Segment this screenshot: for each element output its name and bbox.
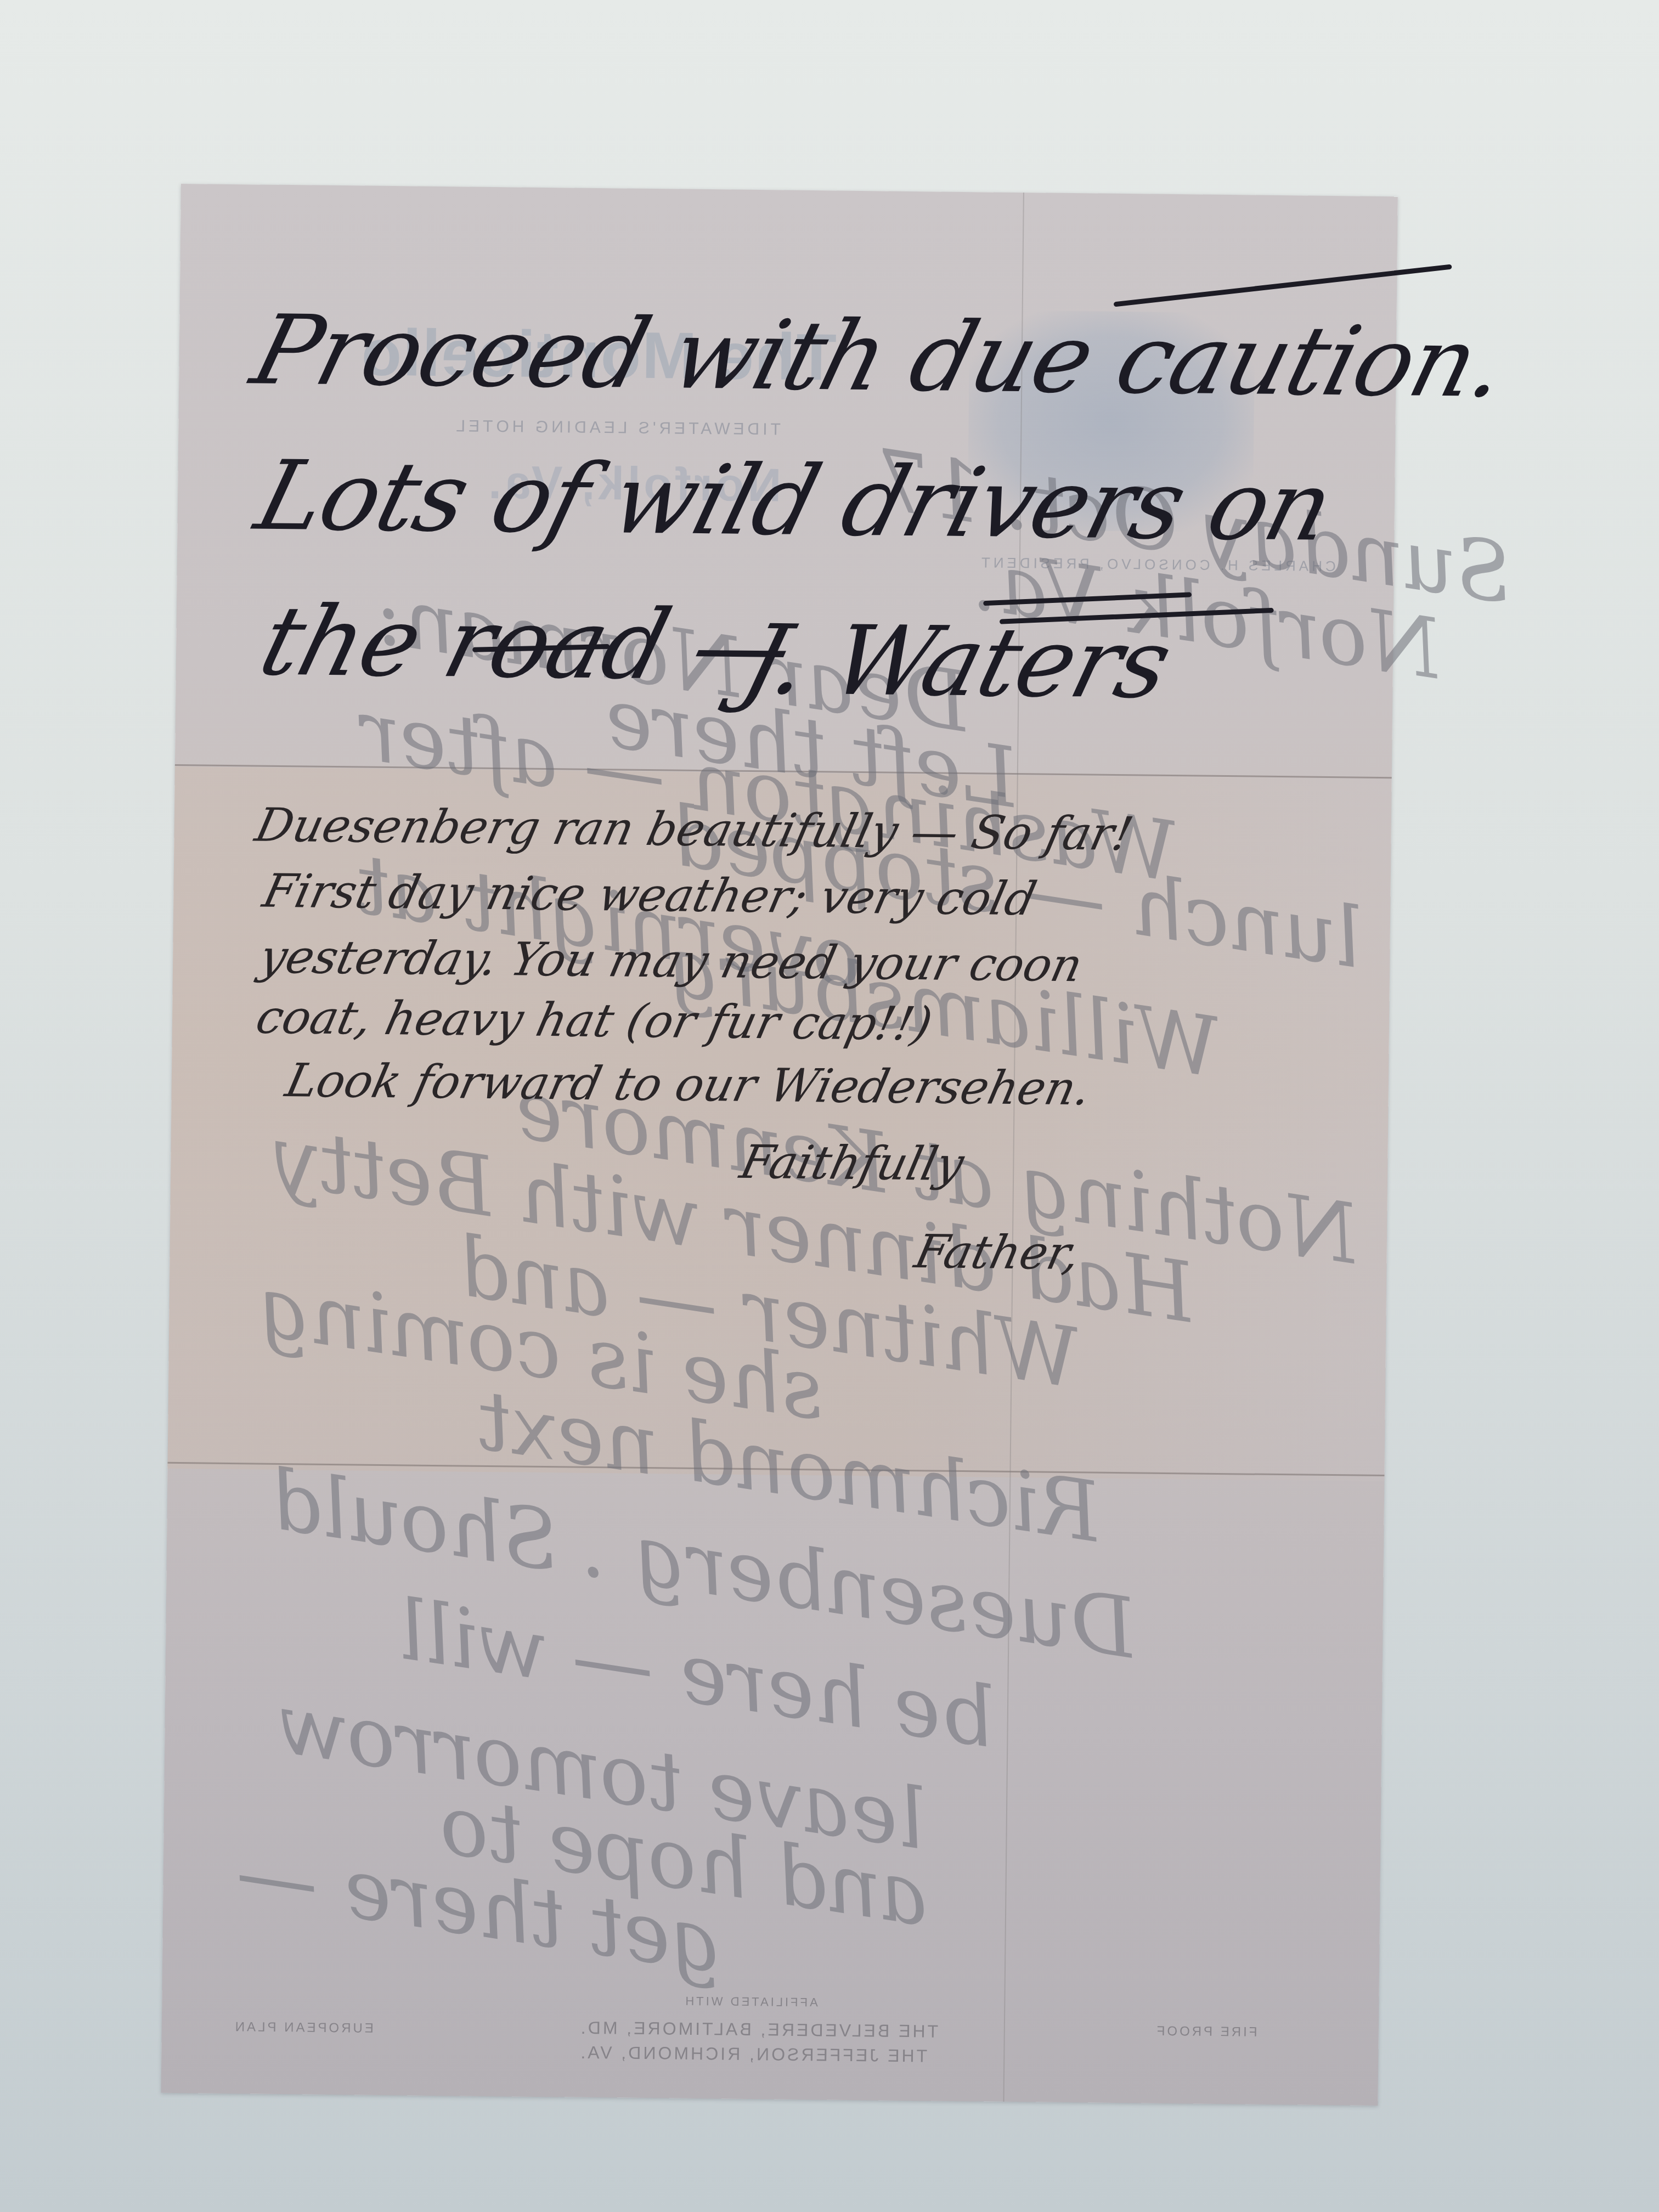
postscript-initials: J. Waters: [734, 612, 1180, 713]
letterhead-tagline: TIDEWATER'S LEADING HOTEL: [453, 417, 781, 439]
body-line: Duesenberg ran beautifully — So far!: [251, 802, 1137, 857]
body-line: First day nice weather; very cold: [259, 868, 1040, 922]
postscript-line: the road —: [252, 594, 803, 695]
reverse-side-bleedthrough: Sunday Oct. 17 Norfolk Va. Dear Norman: …: [181, 184, 1398, 196]
footer-affiliate-1: THE BELVEDERE, BALTIMORE, MD.: [579, 2018, 939, 2042]
closing: Faithfully: [736, 1139, 968, 1187]
body-line: yesterday. You may need your coon: [256, 934, 1087, 988]
body-line: coat, heavy hat (or fur cap!!): [252, 994, 936, 1047]
footer-affiliate-2: THE JEFFERSON, RICHMOND, VA.: [578, 2042, 927, 2067]
postscript-line: Proceed with due caution.: [244, 303, 1515, 411]
body-line: Look forward to our Wiedersehen.: [282, 1057, 1096, 1111]
signature: Father,: [911, 1228, 1085, 1276]
flourish-stroke: [1114, 264, 1452, 307]
postscript-block: Proceed with due caution. Lots of wild d…: [181, 184, 1398, 196]
footer-affiliated-heading: AFFILIATED WITH: [683, 1994, 818, 2010]
postscript-line: Lots of wild drivers on: [247, 448, 1341, 555]
photo-background: The Monticello TIDEWATER'S LEADING HOTEL…: [0, 0, 1659, 2212]
footer-left: EUROPEAN PLAN: [233, 2019, 374, 2036]
footer-right: FIRE PROOF: [1155, 2024, 1257, 2040]
letter-sheet: The Monticello TIDEWATER'S LEADING HOTEL…: [161, 184, 1398, 2106]
letter-body: Duesenberg ran beautifully — So far! Fir…: [181, 184, 1398, 196]
